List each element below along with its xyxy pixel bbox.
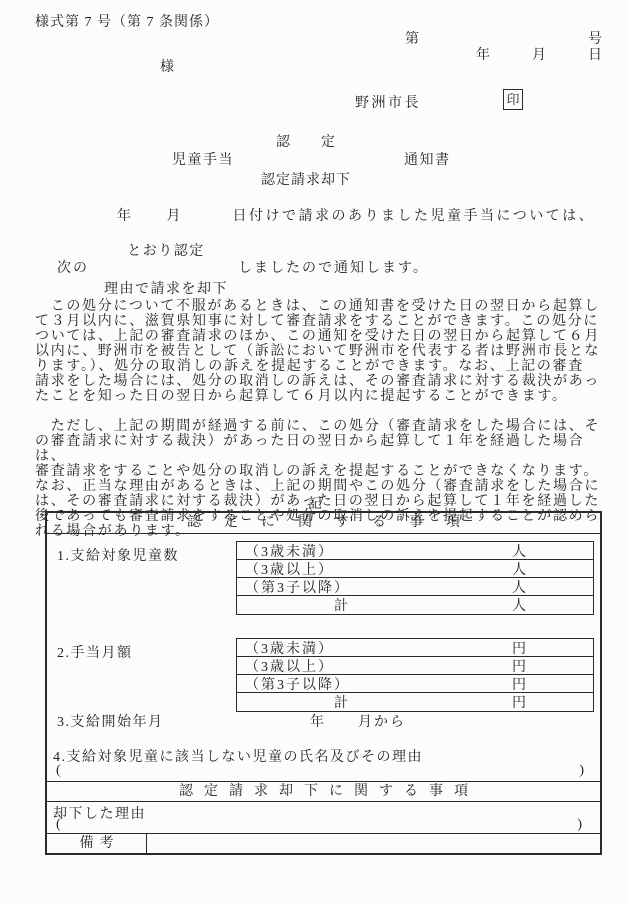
document-page: 様式第 7 号（第 7 条関係） 第 号 年 月 日 様 野洲市長 印 児童手当… <box>0 0 630 903</box>
item3-value: 年 月から <box>310 711 406 731</box>
section2-header: 認定請求却下に関する事項 <box>47 781 600 802</box>
row-unit: 人 <box>512 595 593 615</box>
title-left: 児童手当 <box>172 149 234 169</box>
blank-paren-open: ( <box>56 763 61 779</box>
title-option-top: 認 定 <box>276 131 336 151</box>
title-option-bottom: 認定請求却下 <box>261 169 351 189</box>
intro-option-top: とおり認定 <box>127 240 205 260</box>
table-row-total: 計 円 <box>237 693 593 711</box>
appeal-paragraph-1: この処分について不服があるときは、この通知書を受けた日の翌日から起算し て３月以… <box>35 299 607 404</box>
certification-items-cell: 1.支給対象児童数 （3歳未満） 人 （3歳以上） 人 （第3子以降） 人 計 … <box>47 534 600 781</box>
item4-label: 4.支給対象児童に該当しない児童の氏名及びその理由 <box>53 746 423 766</box>
row-unit: 人 <box>512 577 593 597</box>
row-name: （第3子以降） <box>237 674 350 694</box>
rejection-paren-open: ( <box>56 817 61 833</box>
row-unit: 人 <box>512 541 593 561</box>
inner-table-child-count: （3歳未満） 人 （3歳以上） 人 （第3子以降） 人 計 人 <box>236 541 594 615</box>
row-name: （3歳以上） <box>237 559 334 579</box>
issue-date-line: 年 月 日 <box>476 44 602 64</box>
row-unit: 円 <box>512 656 593 676</box>
rejection-label: 却下した理由 <box>53 803 146 823</box>
form-number: 様式第 7 号（第 7 条関係） <box>35 11 219 31</box>
intro-tail: しましたので通知します。 <box>238 257 429 277</box>
row-unit: 人 <box>512 559 593 579</box>
row-unit: 円 <box>512 674 593 694</box>
table-row: （第3子以降） 円 <box>237 675 593 693</box>
title-option-stack: 認 定 認定請求却下 <box>248 131 364 189</box>
remarks-row: 備考 <box>47 833 600 853</box>
row-unit: 円 <box>512 692 593 712</box>
table-row: （3歳未満） 円 <box>237 639 593 657</box>
remarks-label-cell: 備考 <box>47 834 147 853</box>
rejection-paren-close: ) <box>577 817 582 833</box>
seal-stamp-icon: 印 <box>503 89 523 110</box>
blank-paren-close: ) <box>579 763 584 779</box>
intro-date-line: 年 月 日付けで請求のありました児童手当については、 <box>117 205 595 225</box>
row-unit: 円 <box>512 638 593 658</box>
row-name: （3歳以上） <box>237 656 334 676</box>
item3-label: 3.支給開始年月 <box>57 711 164 731</box>
doc-number-prefix: 第 <box>405 28 419 48</box>
table-row: （3歳以上） 人 <box>237 560 593 578</box>
section1-header: 認定に関する事項 <box>47 513 600 534</box>
table-row: （第3子以降） 人 <box>237 578 593 596</box>
row-name: （第3子以降） <box>237 577 350 597</box>
addressee-honorific: 様 <box>160 56 175 76</box>
row-name: （3歳未満） <box>237 638 334 658</box>
remarks-value-cell <box>147 834 600 853</box>
item2-label: 2.手当月額 <box>57 642 133 662</box>
row-name: 計 <box>237 595 350 615</box>
issuer-name: 野洲市長 <box>355 92 421 112</box>
record-mark: 記 <box>0 493 630 513</box>
row-name: （3歳未満） <box>237 541 334 561</box>
title-right: 通知書 <box>404 149 451 169</box>
item1-label: 1.支給対象児童数 <box>57 545 179 565</box>
main-table: 認定に関する事項 1.支給対象児童数 （3歳未満） 人 （3歳以上） 人 （第3… <box>45 511 602 855</box>
table-row: （3歳未満） 人 <box>237 542 593 560</box>
inner-table-monthly-amount: （3歳未満） 円 （3歳以上） 円 （第3子以降） 円 計 円 <box>236 638 594 712</box>
intro-lead: 次の <box>57 257 89 277</box>
table-row-total: 計 人 <box>237 596 593 614</box>
row-name: 計 <box>237 692 350 712</box>
table-row: （3歳以上） 円 <box>237 657 593 675</box>
rejection-reason-cell: 却下した理由 ( ) <box>47 802 600 833</box>
